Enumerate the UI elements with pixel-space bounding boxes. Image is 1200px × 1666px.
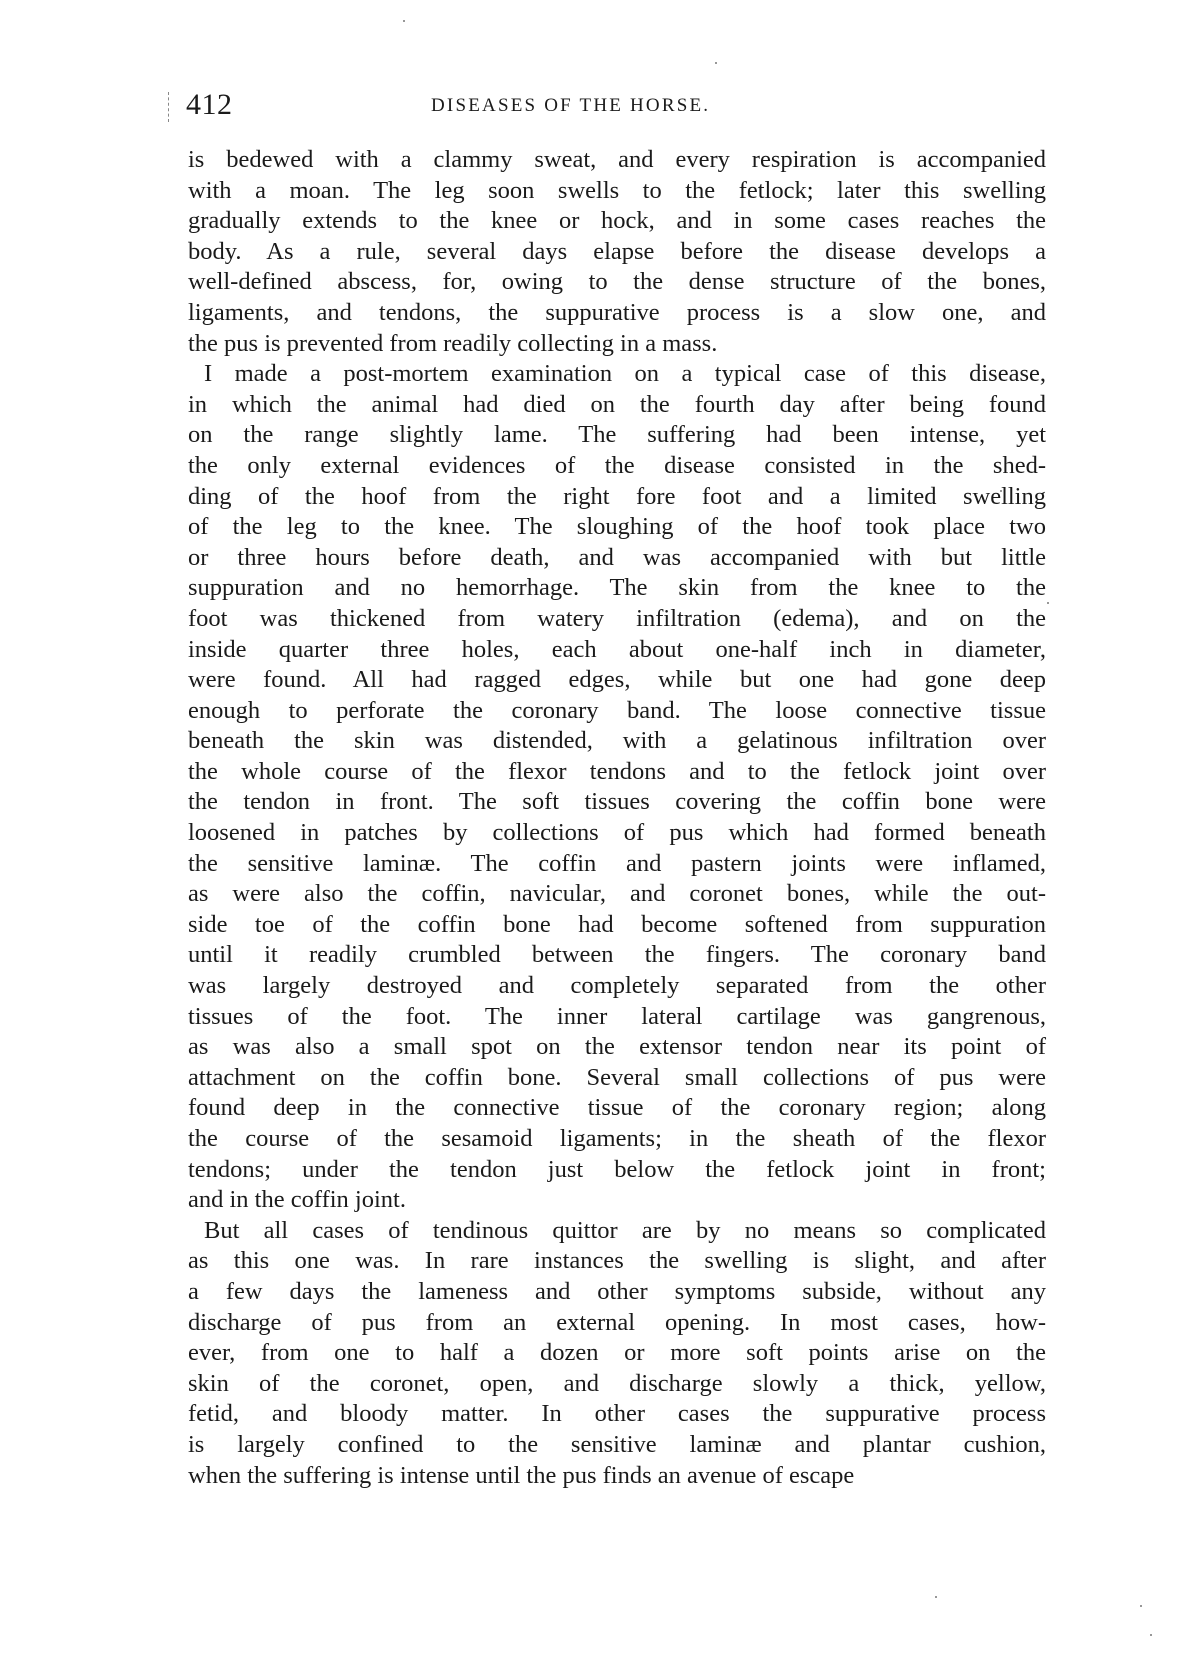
text-line: on the range slightly lame. The sufferin… [188, 420, 1046, 451]
text-line: is largely confined to the sensitive lam… [188, 1430, 1046, 1461]
text-line: of the leg to the knee. The sloughing of… [188, 512, 1046, 543]
paragraph: But all cases of tendinous quittor are b… [188, 1216, 1046, 1491]
text-line: loosened in patches by collections of pu… [188, 818, 1046, 849]
page-number: 412 [186, 88, 233, 122]
scan-speck [1140, 1605, 1142, 1607]
text-line: as were also the coffin, navicular, and … [188, 879, 1046, 910]
page-header: 412 DISEASES OF THE HORSE. [186, 88, 1046, 128]
running-title: DISEASES OF THE HORSE. [431, 95, 710, 117]
text-line: discharge of pus from an external openin… [188, 1308, 1046, 1339]
text-line: suppuration and no hemorrhage. The skin … [188, 573, 1046, 604]
text-line: and in the coffin joint. [188, 1185, 1046, 1216]
paragraph: is bedewed with a clammy sweat, and ever… [188, 145, 1046, 359]
text-line: skin of the coronet, open, and discharge… [188, 1369, 1046, 1400]
text-line: as this one was. In rare instances the s… [188, 1246, 1046, 1277]
text-line: well-defined abscess, for, owing to the … [188, 267, 1046, 298]
text-line: ligaments, and tendons, the suppurative … [188, 298, 1046, 329]
text-line: tendons; under the tendon just below the… [188, 1155, 1046, 1186]
text-line: ever, from one to half a dozen or more s… [188, 1338, 1046, 1369]
text-line: enough to perforate the coronary band. T… [188, 696, 1046, 727]
book-page: 412 DISEASES OF THE HORSE. is bedewed wi… [0, 0, 1200, 1666]
text-line: beneath the skin was distended, with a g… [188, 726, 1046, 757]
scan-speck [715, 62, 717, 64]
text-line: the tendon in front. The soft tissues co… [188, 787, 1046, 818]
text-line: inside quarter three holes, each about o… [188, 635, 1046, 666]
paragraph: I made a post-mortem examination on a ty… [188, 359, 1046, 1216]
text-line: were found. All had ragged edges, while … [188, 665, 1046, 696]
text-line: But all cases of tendinous quittor are b… [188, 1216, 1046, 1247]
text-line: is bedewed with a clammy sweat, and ever… [188, 145, 1046, 176]
text-line: gradually extends to the knee or hock, a… [188, 206, 1046, 237]
text-line: foot was thickened from watery infiltrat… [188, 604, 1046, 635]
text-line: was largely destroyed and completely sep… [188, 971, 1046, 1002]
text-line: side toe of the coffin bone had become s… [188, 910, 1046, 941]
text-line: found deep in the connective tissue of t… [188, 1093, 1046, 1124]
margin-scan-mark [168, 92, 170, 122]
text-line: attachment on the coffin bone. Several s… [188, 1063, 1046, 1094]
text-line: the only external evidences of the disea… [188, 451, 1046, 482]
text-line: fetid, and bloody matter. In other cases… [188, 1399, 1046, 1430]
scan-speck [403, 20, 405, 22]
scan-speck [1047, 602, 1049, 604]
text-line: I made a post-mortem examination on a ty… [188, 359, 1046, 390]
scan-speck [1150, 1634, 1152, 1636]
scan-speck [935, 1596, 937, 1598]
text-line: the sensitive laminæ. The coffin and pas… [188, 849, 1046, 880]
text-line: with a moan. The leg soon swells to the … [188, 176, 1046, 207]
text-line: the course of the sesamoid ligaments; in… [188, 1124, 1046, 1155]
body-text: is bedewed with a clammy sweat, and ever… [188, 145, 1046, 1491]
scan-speck [1000, 490, 1002, 492]
text-line: when the suffering is intense until the … [188, 1461, 1046, 1492]
text-line: the whole course of the flexor tendons a… [188, 757, 1046, 788]
text-line: tissues of the foot. The inner lateral c… [188, 1002, 1046, 1033]
text-line: as was also a small spot on the extensor… [188, 1032, 1046, 1063]
text-line: body. As a rule, several days elapse bef… [188, 237, 1046, 268]
text-line: or three hours before death, and was acc… [188, 543, 1046, 574]
text-line: ding of the hoof from the right fore foo… [188, 482, 1046, 513]
text-line: a few days the lameness and other sympto… [188, 1277, 1046, 1308]
text-line: in which the animal had died on the four… [188, 390, 1046, 421]
text-line: the pus is prevented from readily collec… [188, 329, 1046, 360]
text-line: until it readily crumbled between the fi… [188, 940, 1046, 971]
